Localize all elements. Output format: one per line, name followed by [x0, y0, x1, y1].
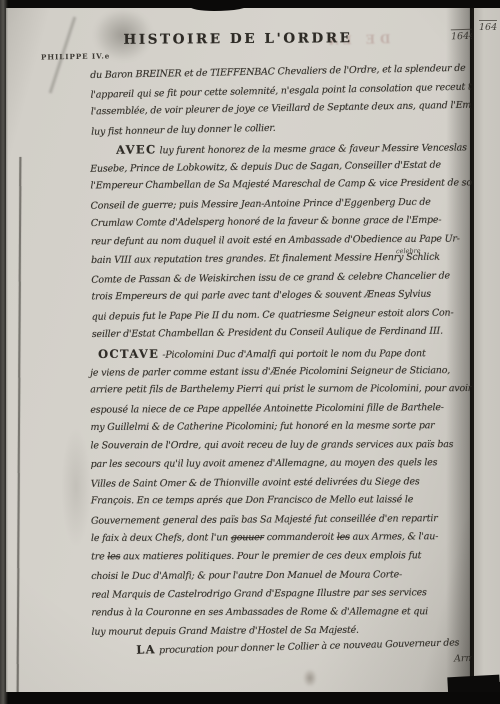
stain-bottom — [303, 669, 317, 687]
manuscript-line: le faix à deux Chefs, dont l'un gouuer c… — [91, 529, 471, 550]
manuscript-scan: DE LA HISTOIRE DE L'ORDRE 1644 PHILIPPE … — [0, 0, 500, 704]
struck-word: gouuer — [231, 533, 264, 544]
manuscript-line: rendus à la Couronne en ses Ambassades d… — [91, 603, 471, 623]
photo-border-bottom — [0, 692, 500, 704]
adjacent-folio-number: 164 — [479, 20, 497, 33]
manuscript-line: Gouvernement general des païs bas Sa Maj… — [91, 510, 471, 531]
stain-mid-left — [61, 427, 91, 547]
manuscript-line: par les secours qu'il luy avoit amenez d… — [91, 454, 471, 475]
next-folio-edge — [472, 6, 500, 682]
interlinear-note: celebre — [396, 247, 421, 255]
paragraph: du Baron BREINER et de TIEFFENBAC Cheval… — [90, 60, 471, 141]
paragraph-lead: OCTAVE — [98, 347, 159, 361]
manuscript-line: le Souverain de l'Ordre, qui avoit receu… — [90, 436, 470, 456]
manuscript-line: OCTAVE-Picolomini Duc d'Amalfi qui porto… — [90, 343, 470, 364]
struck-word: les — [337, 532, 350, 543]
manuscript-page: DE LA HISTOIRE DE L'ORDRE 1644 PHILIPPE … — [6, 7, 470, 693]
paragraph: AVECluy furent honorez de la mesme grace… — [90, 138, 472, 346]
manuscript-line: tre les aux matieres politiques. Pour le… — [91, 547, 471, 567]
manuscript-line: François. En ce temps aprés que Don Fran… — [91, 492, 471, 512]
margin-note: PHILIPPE IV.e — [41, 51, 110, 61]
paragraph: OCTAVE-Picolomini Duc d'Amalfi qui porto… — [90, 343, 472, 642]
manuscript-line: espousé la niece de ce Pape appellée Ant… — [90, 399, 470, 420]
body-text: du Baron BREINER et de TIEFFENBAC Cheval… — [90, 67, 470, 661]
paragraph-lead: LA — [136, 642, 156, 657]
manuscript-line: arriere petit fils de Barthelemy Pierri … — [90, 380, 470, 400]
photo-border-top — [0, 0, 500, 8]
photo-border-left — [0, 0, 8, 704]
page-title: HISTOIRE DE L'ORDRE — [6, 29, 470, 48]
manuscript-line: my Guillelmi & de Catherine Picolomini; … — [90, 417, 470, 438]
paragraph-lead: AVEC — [116, 143, 157, 157]
struck-word: les — [107, 551, 120, 562]
page-edge-line — [17, 157, 21, 697]
manuscript-line: choisi le Duc d'Amalfi; & pour l'autre D… — [91, 566, 471, 587]
